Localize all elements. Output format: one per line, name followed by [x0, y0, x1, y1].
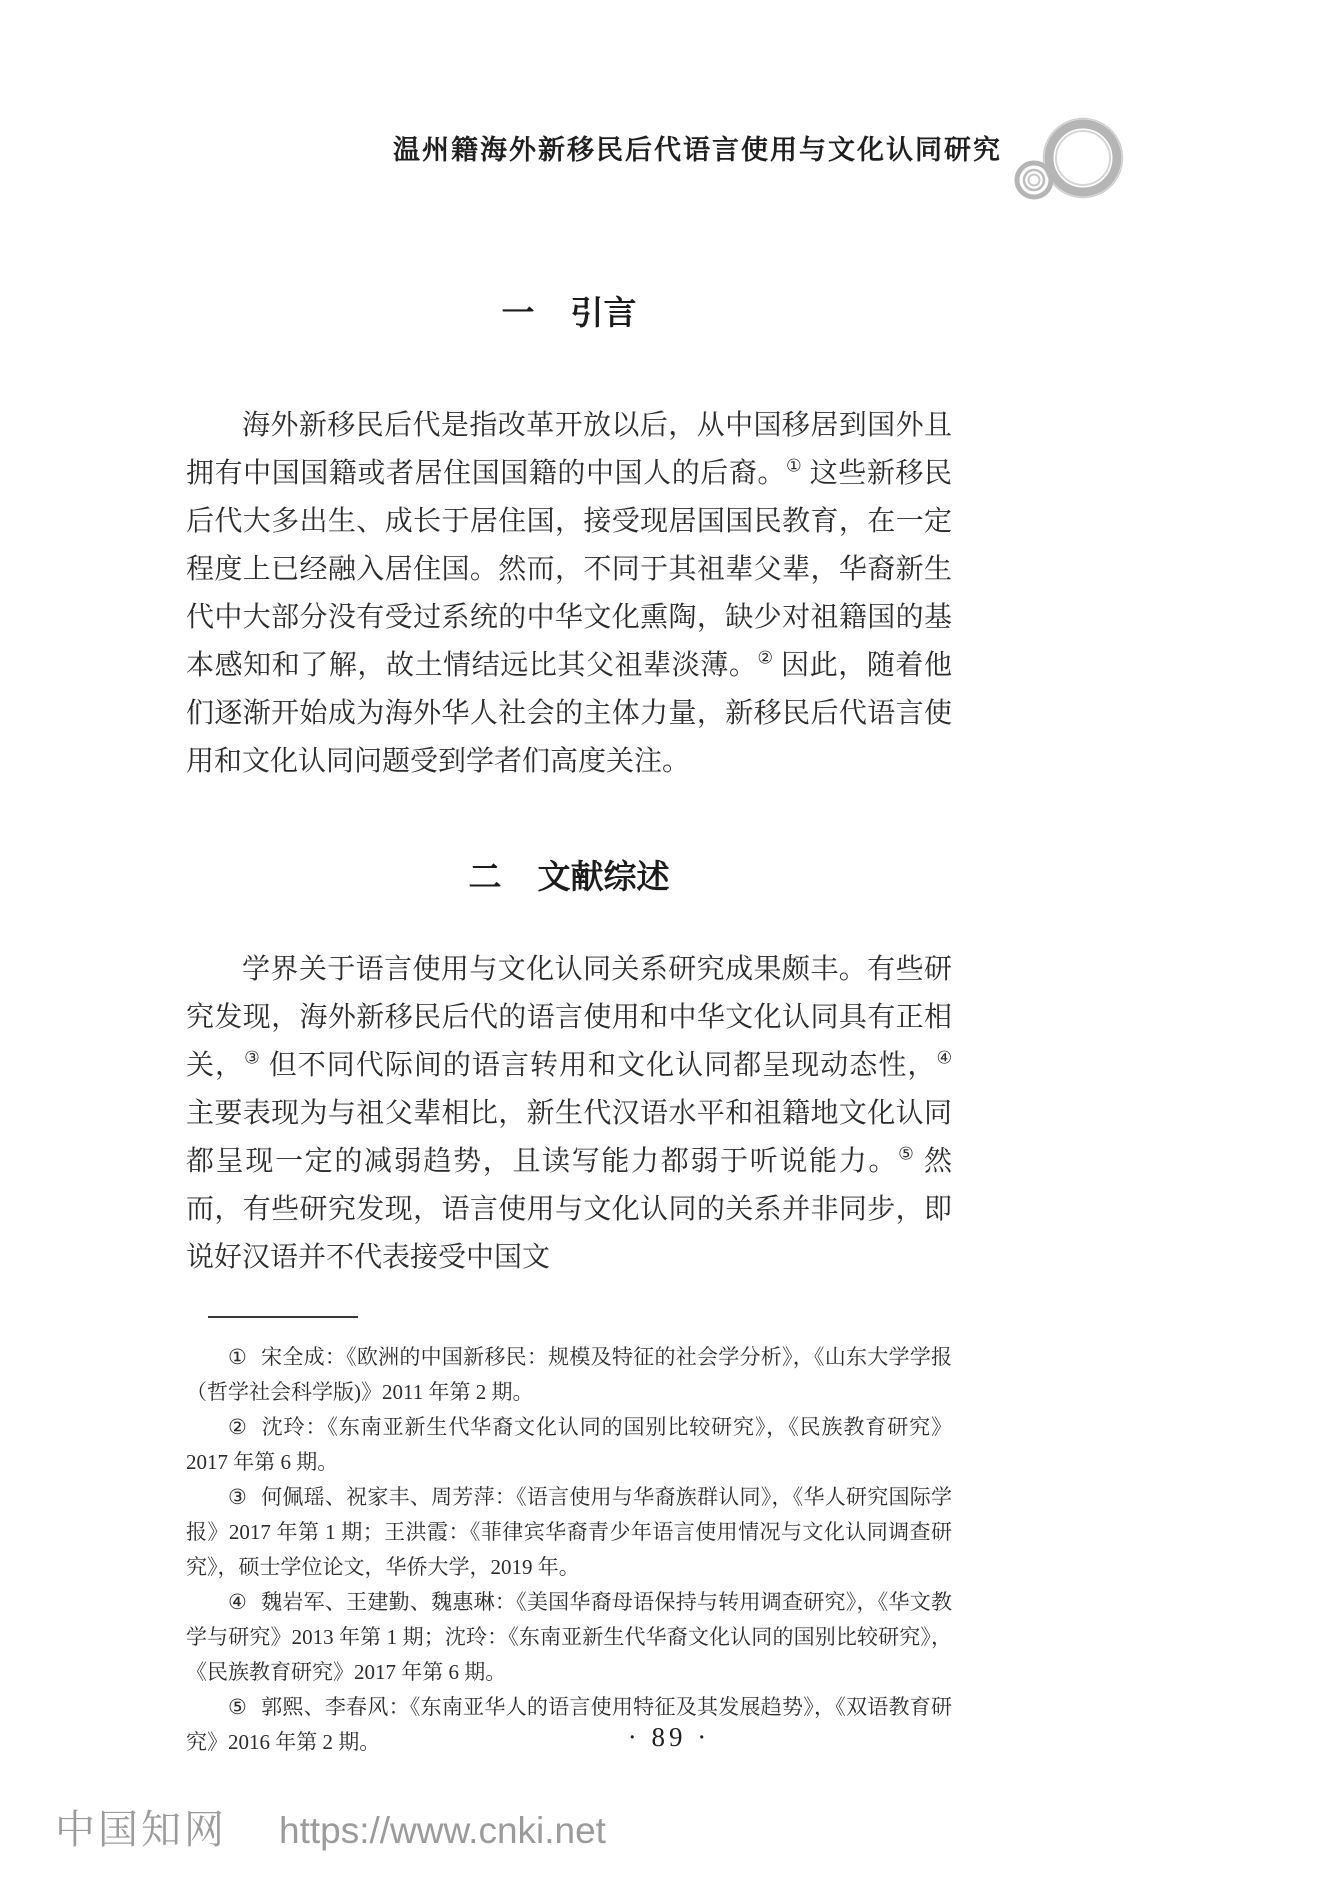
footnote-text: 宋全成：《欧洲的中国新移民：规模及特征的社会学分析》，《山东大学学报（哲学社会科…	[186, 1345, 952, 1404]
section-title: 文献综述	[538, 860, 670, 896]
footnote-separator	[208, 1316, 358, 1318]
cnki-url-link[interactable]: https://www.cnki.net	[279, 1810, 606, 1852]
footnote-number: ②	[228, 1415, 248, 1439]
body-paragraph: 学界关于语言使用与文化认同关系研究成果颇丰。有些研究发现，海外新移民后代的语言使…	[186, 946, 952, 1282]
footnote-number: ⑤	[228, 1695, 247, 1719]
footnote-item: ④魏岩军、王建勤、魏惠琳：《美国华裔母语保持与转用调查研究》，《华文教学与研究》…	[186, 1585, 952, 1690]
footnote-text: 沈玲：《东南亚新生代华裔文化认同的国别比较研究》，《民族教育研究》2017 年第…	[186, 1415, 952, 1474]
footnote-item: ③何佩瑶、祝家丰、周芳萍：《语言使用与华裔族群认同》，《华人研究国际学报》201…	[186, 1480, 952, 1585]
section-heading-literature-review: 二文献综述	[186, 852, 952, 904]
document-page: 温州籍海外新移民后代语言使用与文化认同研究 一引言 海外新移民后代是指改革开放以…	[0, 0, 1338, 1890]
footnote-ref: ④	[936, 1049, 952, 1068]
section-title: 引言	[571, 296, 637, 332]
footnote-item: ②沈玲：《东南亚新生代华裔文化认同的国别比较研究》，《民族教育研究》2017 年…	[186, 1410, 952, 1480]
running-head-title: 温州籍海外新移民后代语言使用与文化认同研究	[0, 128, 1002, 167]
footnote-ref: ⑤	[898, 1145, 915, 1164]
section-number: 二	[469, 860, 502, 896]
footnote-ref: ②	[757, 649, 773, 668]
footnote-ref: ③	[244, 1049, 261, 1068]
footnote-number: ④	[228, 1590, 247, 1614]
main-text-column: 一引言 海外新移民后代是指改革开放以后，从中国移居到国外且拥有中国国籍或者居住国…	[186, 288, 952, 1760]
section-heading-introduction: 一引言	[186, 288, 952, 340]
footnote-text: 何佩瑶、祝家丰、周芳萍：《语言使用与华裔族群认同》，《华人研究国际学报》2017…	[186, 1485, 952, 1579]
footnote-ref: ①	[786, 457, 802, 476]
page-number: · 89 ·	[0, 1722, 1338, 1753]
section-number: 一	[502, 296, 535, 332]
footnote-text: 魏岩军、王建勤、魏惠琳：《美国华裔母语保持与转用调查研究》，《华文教学与研究》2…	[186, 1590, 952, 1684]
footnote-item: ①宋全成：《欧洲的中国新移民：规模及特征的社会学分析》，《山东大学学报（哲学社会…	[186, 1340, 952, 1410]
footnote-number: ①	[228, 1345, 247, 1369]
cnki-rings-icon	[998, 98, 1138, 218]
footnotes-block: ①宋全成：《欧洲的中国新移民：规模及特征的社会学分析》，《山东大学学报（哲学社会…	[186, 1340, 952, 1760]
footnote-number: ③	[228, 1485, 247, 1509]
cnki-brand-label: 中国知网	[55, 1798, 227, 1855]
cnki-watermark-footer: 中国知网 https://www.cnki.net	[55, 1798, 606, 1855]
body-paragraph: 海外新移民后代是指改革开放以后，从中国移居到国外且拥有中国国籍或者居住国国籍的中…	[186, 402, 952, 786]
